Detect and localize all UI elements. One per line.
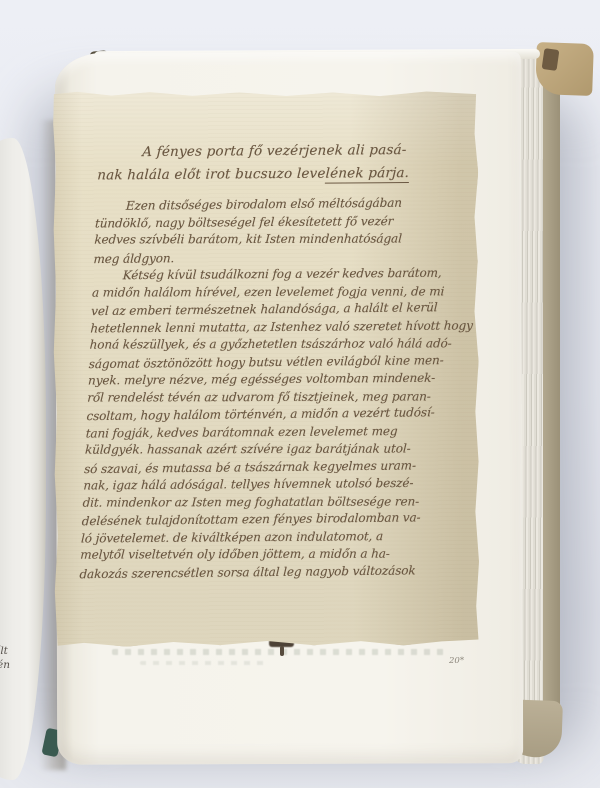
heading-underlined-text: lének párja. — [325, 165, 409, 184]
handwritten-text: A fényes porta fő vezérjenek ali pasá- n… — [79, 138, 497, 582]
book-photo: 155 20* őlt én A fényes porta fő vezérje… — [0, 0, 600, 788]
headcap-tab — [542, 48, 560, 71]
manuscript-plate: A fényes porta fő vezérjenek ali pasá- n… — [52, 89, 480, 647]
signature-mark: 20* — [449, 656, 464, 666]
heading-line-2-text: nak halála előt irot bucsuzo leve — [97, 166, 326, 184]
mount-mark-stem — [280, 646, 284, 656]
handwriting-line: dakozás szerencsétlen sorsa által leg na… — [79, 561, 478, 583]
manuscript-heading-line-1: A fényes porta fő vezérjenek ali pasá- — [98, 138, 497, 164]
manuscript-body: Ezen ditsőséges birodalom első méltóságá… — [79, 194, 494, 582]
handwriting-line: kedves szívbéli barátom, kit Isten minde… — [94, 230, 493, 249]
handwriting-line: melytől viseltetvén oly időben jöttem, a… — [80, 545, 479, 564]
handwriting-line: honá készüllyek, és a győzhetetlen tsász… — [89, 335, 488, 354]
facing-page-fragment: én — [0, 659, 10, 671]
show-through-text — [140, 661, 270, 665]
handwriting-line: küldgyék. hassanak azért szívére igaz ba… — [85, 440, 484, 459]
facing-page-fragment: őlt — [0, 645, 8, 657]
cover-board-edge — [543, 68, 560, 720]
manuscript-heading-line-2: nak halála előt irot bucsuzo levelének p… — [97, 161, 496, 187]
